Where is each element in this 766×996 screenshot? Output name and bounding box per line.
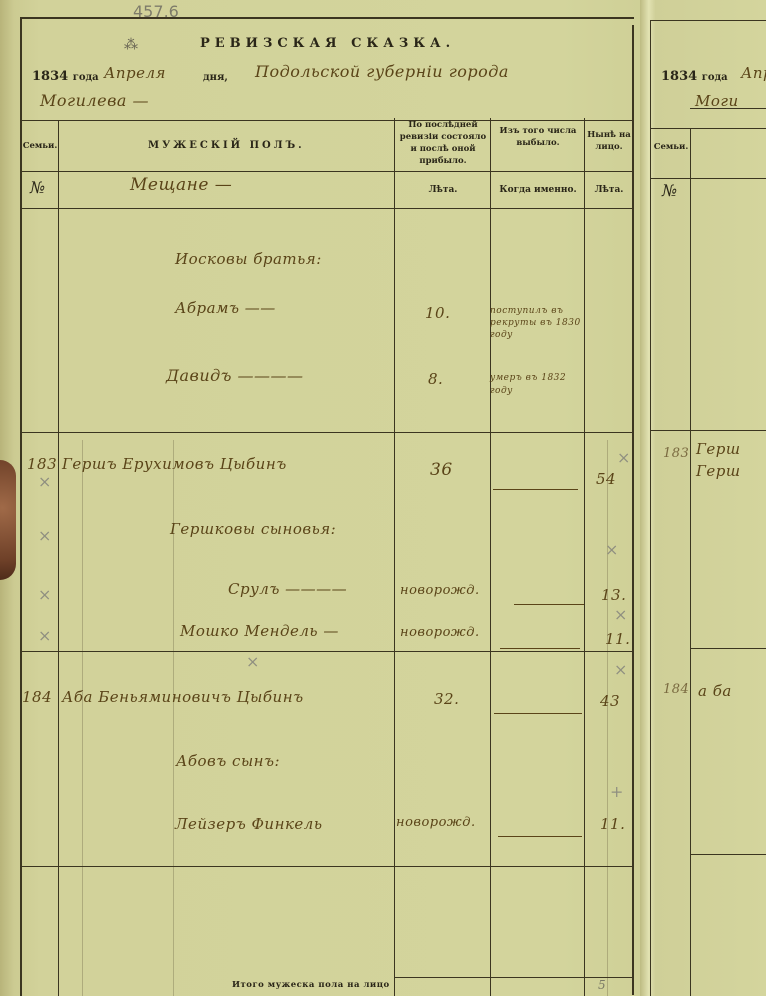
facing-frame-top [650, 20, 766, 21]
row-name: Мошко Мендель — [180, 622, 339, 640]
row-removed: поступилъ въ рекруты въ 1830 году [490, 305, 584, 341]
frame-top [20, 17, 634, 19]
facing-year-label: года [702, 72, 728, 83]
header-top-rule [20, 120, 633, 121]
document-title: РЕВИЗСКАЯ СКАЗКА. [200, 36, 455, 51]
facing-family-separator [690, 648, 766, 649]
year-printed: 1834 года [32, 69, 99, 84]
row-age-last: 36 [430, 460, 453, 480]
facing-year: 1834 года [661, 69, 728, 84]
row-name: Гершъ Ерухимовъ Цыбинъ [62, 455, 287, 473]
col-family-divider [58, 120, 59, 996]
col-removed-divider [584, 118, 585, 996]
row-age-last: 32. [434, 690, 459, 708]
year: 1834 [32, 69, 68, 84]
facing-month-fragment: Апр [741, 64, 766, 82]
facing-family-separator [690, 854, 766, 855]
header-by-last-revision: По послѣдней ревизіи состояло и послѣ он… [396, 119, 490, 167]
footer-total-label: Итого мужеска пола на лицо [232, 980, 390, 990]
removed-dash [514, 604, 584, 605]
subheader-years2: Лѣта. [586, 185, 632, 195]
facing-header-mid-rule [650, 178, 766, 179]
row-name: Абрамъ —— [175, 299, 276, 317]
thumb-photo-artifact [0, 460, 16, 580]
row-name: Гершковы сыновья: [170, 520, 336, 538]
facing-family-number: 183 [663, 446, 689, 461]
facing-family-number: 184 [663, 682, 689, 697]
total-box-top [394, 977, 632, 978]
row-name: Абовъ сынъ: [176, 752, 280, 770]
row-age-last: 8. [428, 370, 443, 388]
header-mid-rule [20, 171, 633, 172]
family-number: 183 [27, 455, 57, 473]
facing-number-sign: № [662, 181, 678, 200]
location-line2: Могилева — [40, 91, 149, 110]
facing-frame-left [650, 20, 651, 996]
row-age-now: 11. [605, 630, 630, 648]
row-age-now: 54 [596, 470, 616, 488]
pencil-check-mark: + [610, 782, 623, 801]
facing-year-value: 1834 [661, 69, 697, 84]
facing-header-rule [650, 128, 766, 129]
row-age-last: 10. [425, 304, 450, 322]
faint-rule [607, 440, 608, 996]
left-page [0, 0, 655, 996]
year-label: года [73, 72, 99, 83]
pencil-check-mark: × [38, 626, 51, 645]
row-age-last: новорожд. [396, 815, 476, 830]
pencil-check-mark: × [617, 448, 630, 467]
family-separator [20, 866, 633, 867]
row-age-last: новорожд. [400, 625, 480, 640]
row-removed: умеръ въ 1832 году [490, 372, 584, 398]
removed-dash [500, 648, 580, 649]
subheader-years1: Лѣта. [396, 185, 490, 195]
footer-total-value: 5 [598, 978, 606, 992]
row-age-now: 13. [601, 586, 626, 604]
pencil-check-mark: × [605, 540, 618, 559]
subheader-when: Когда именно. [492, 185, 584, 195]
removed-dash [493, 489, 578, 490]
header-present-now: Нынѣ на лицо. [586, 129, 632, 153]
row-name: Аба Беньяминовичъ Цыбинъ [62, 688, 304, 706]
month-handwritten: Апреля [104, 64, 166, 82]
row-age-last: новорожд. [400, 583, 480, 598]
col-name-divider [394, 118, 395, 996]
location-line1: Подольской губерніи города [255, 62, 509, 81]
pencil-check-mark: × [614, 660, 627, 679]
row-name: Срулъ ———— [228, 580, 347, 598]
facing-name-fragment: Герш [696, 462, 741, 480]
family-separator [20, 432, 633, 433]
category-handwritten: Мещане — [130, 175, 232, 195]
removed-dash [498, 836, 582, 837]
facing-name-fragment: а ба [698, 682, 732, 700]
number-sign: № [30, 178, 46, 197]
pencil-check-mark: × [38, 472, 51, 491]
row-age-now: 11. [600, 815, 625, 833]
family-number: 184 [22, 688, 52, 706]
facing-name-fragment: Герш [696, 440, 741, 458]
header-family: Семьи. [22, 141, 58, 151]
facing-family-separator [650, 430, 766, 431]
header-male-sex: МУЖЕСКІЙ ПОЛЪ. [148, 140, 305, 151]
facing-city-fragment: Моги [695, 92, 739, 110]
day-label: дня, [203, 72, 228, 83]
header-removed: Изъ того числа выбыло. [492, 125, 584, 149]
row-name: Давидъ ———— [166, 366, 304, 385]
faint-rule [82, 440, 83, 996]
removed-dash [494, 713, 582, 714]
facing-col-divider [690, 128, 691, 996]
header-bottom-rule [20, 208, 633, 209]
row-name: Лейзеръ Финкель [175, 815, 323, 833]
frame-left [20, 17, 22, 996]
ornament-icon: ⁂ [124, 37, 138, 53]
row-name: Иосковы братья: [175, 250, 322, 268]
pencil-check-mark: × [246, 652, 259, 671]
pencil-check-mark: × [38, 526, 51, 545]
pencil-check-mark: × [38, 585, 51, 604]
facing-header-family: Семьи. [652, 142, 690, 152]
col-age-divider [490, 118, 491, 996]
pencil-check-mark: × [614, 605, 627, 624]
row-age-now: 43 [600, 692, 620, 710]
